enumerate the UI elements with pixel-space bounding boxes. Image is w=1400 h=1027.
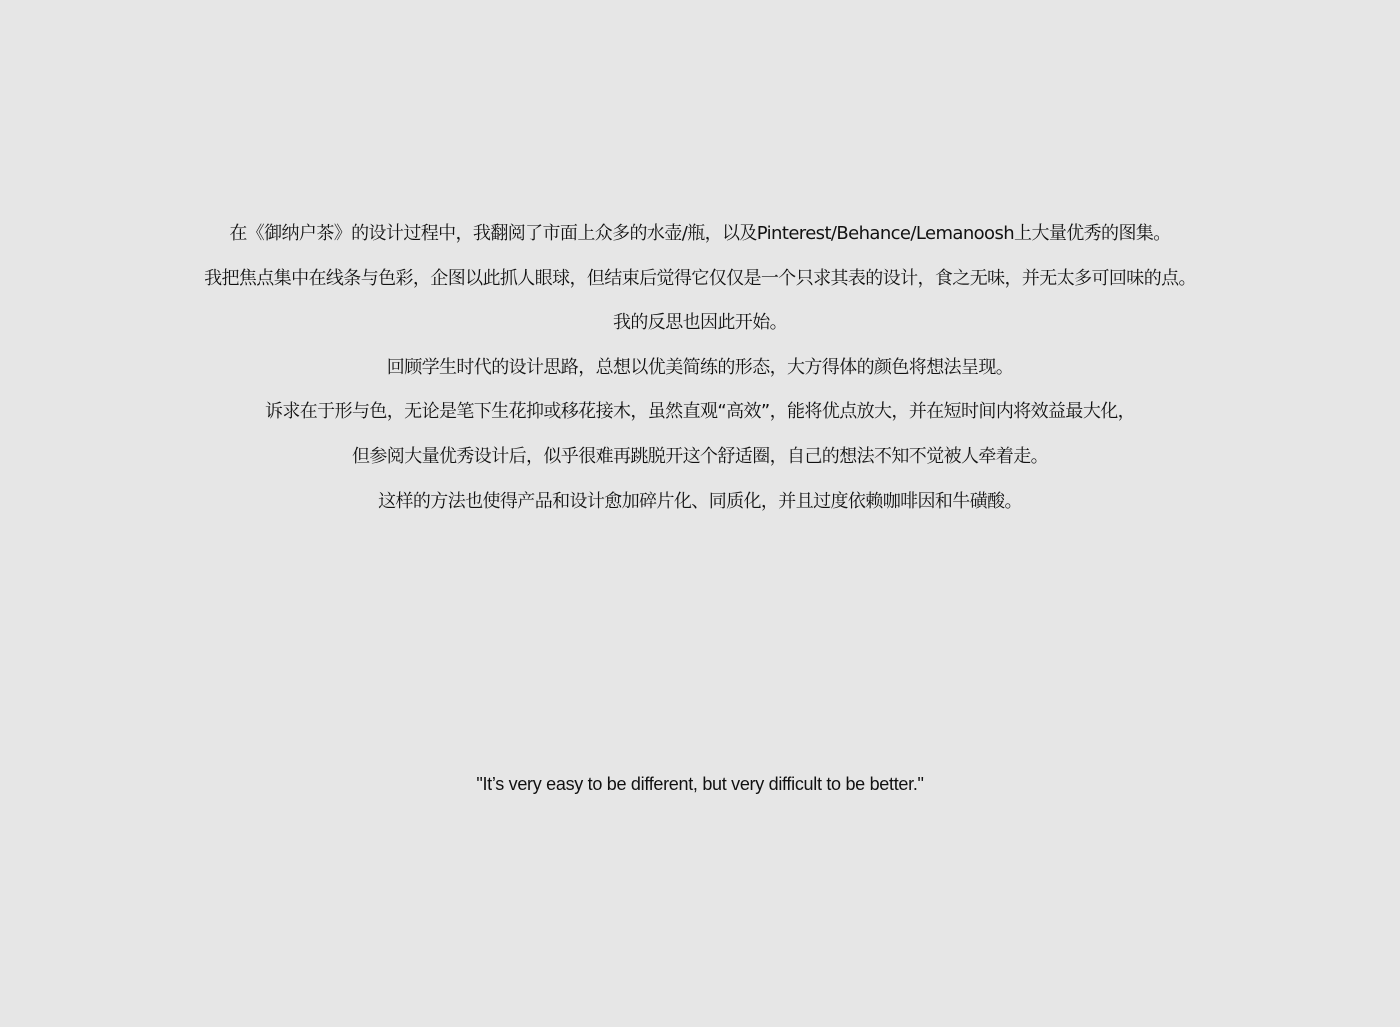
essay-line: 我把焦点集中在线条与色彩，企图以此抓人眼球，但结束后觉得它仅仅是一个只求其表的设… xyxy=(0,264,1400,294)
closing-quote: "It’s very easy to be different, but ver… xyxy=(0,771,1400,797)
essay-line: 但参阅大量优秀设计后，似乎很难再跳脱开这个舒适圈，自己的想法不知不觉被人牵着走。 xyxy=(0,442,1400,472)
essay-line: 在《御纳户茶》的设计过程中，我翻阅了市面上众多的水壶/瓶，以及Pinterest… xyxy=(0,219,1400,249)
essay-line: 这样的方法也使得产品和设计愈加碎片化、同质化，并且过度依赖咖啡因和牛磺酸。 xyxy=(0,487,1400,517)
essay-line: 回顾学生时代的设计思路，总想以优美简练的形态，大方得体的颜色将想法呈现。 xyxy=(0,353,1400,383)
essay-line: 我的反思也因此开始。 xyxy=(0,308,1400,338)
essay-paragraphs: 在《御纳户茶》的设计过程中，我翻阅了市面上众多的水壶/瓶，以及Pinterest… xyxy=(0,219,1400,531)
essay-line: 诉求在于形与色，无论是笔下生花抑或移花接木，虽然直观“高效”，能将优点放大，并在… xyxy=(0,397,1400,427)
